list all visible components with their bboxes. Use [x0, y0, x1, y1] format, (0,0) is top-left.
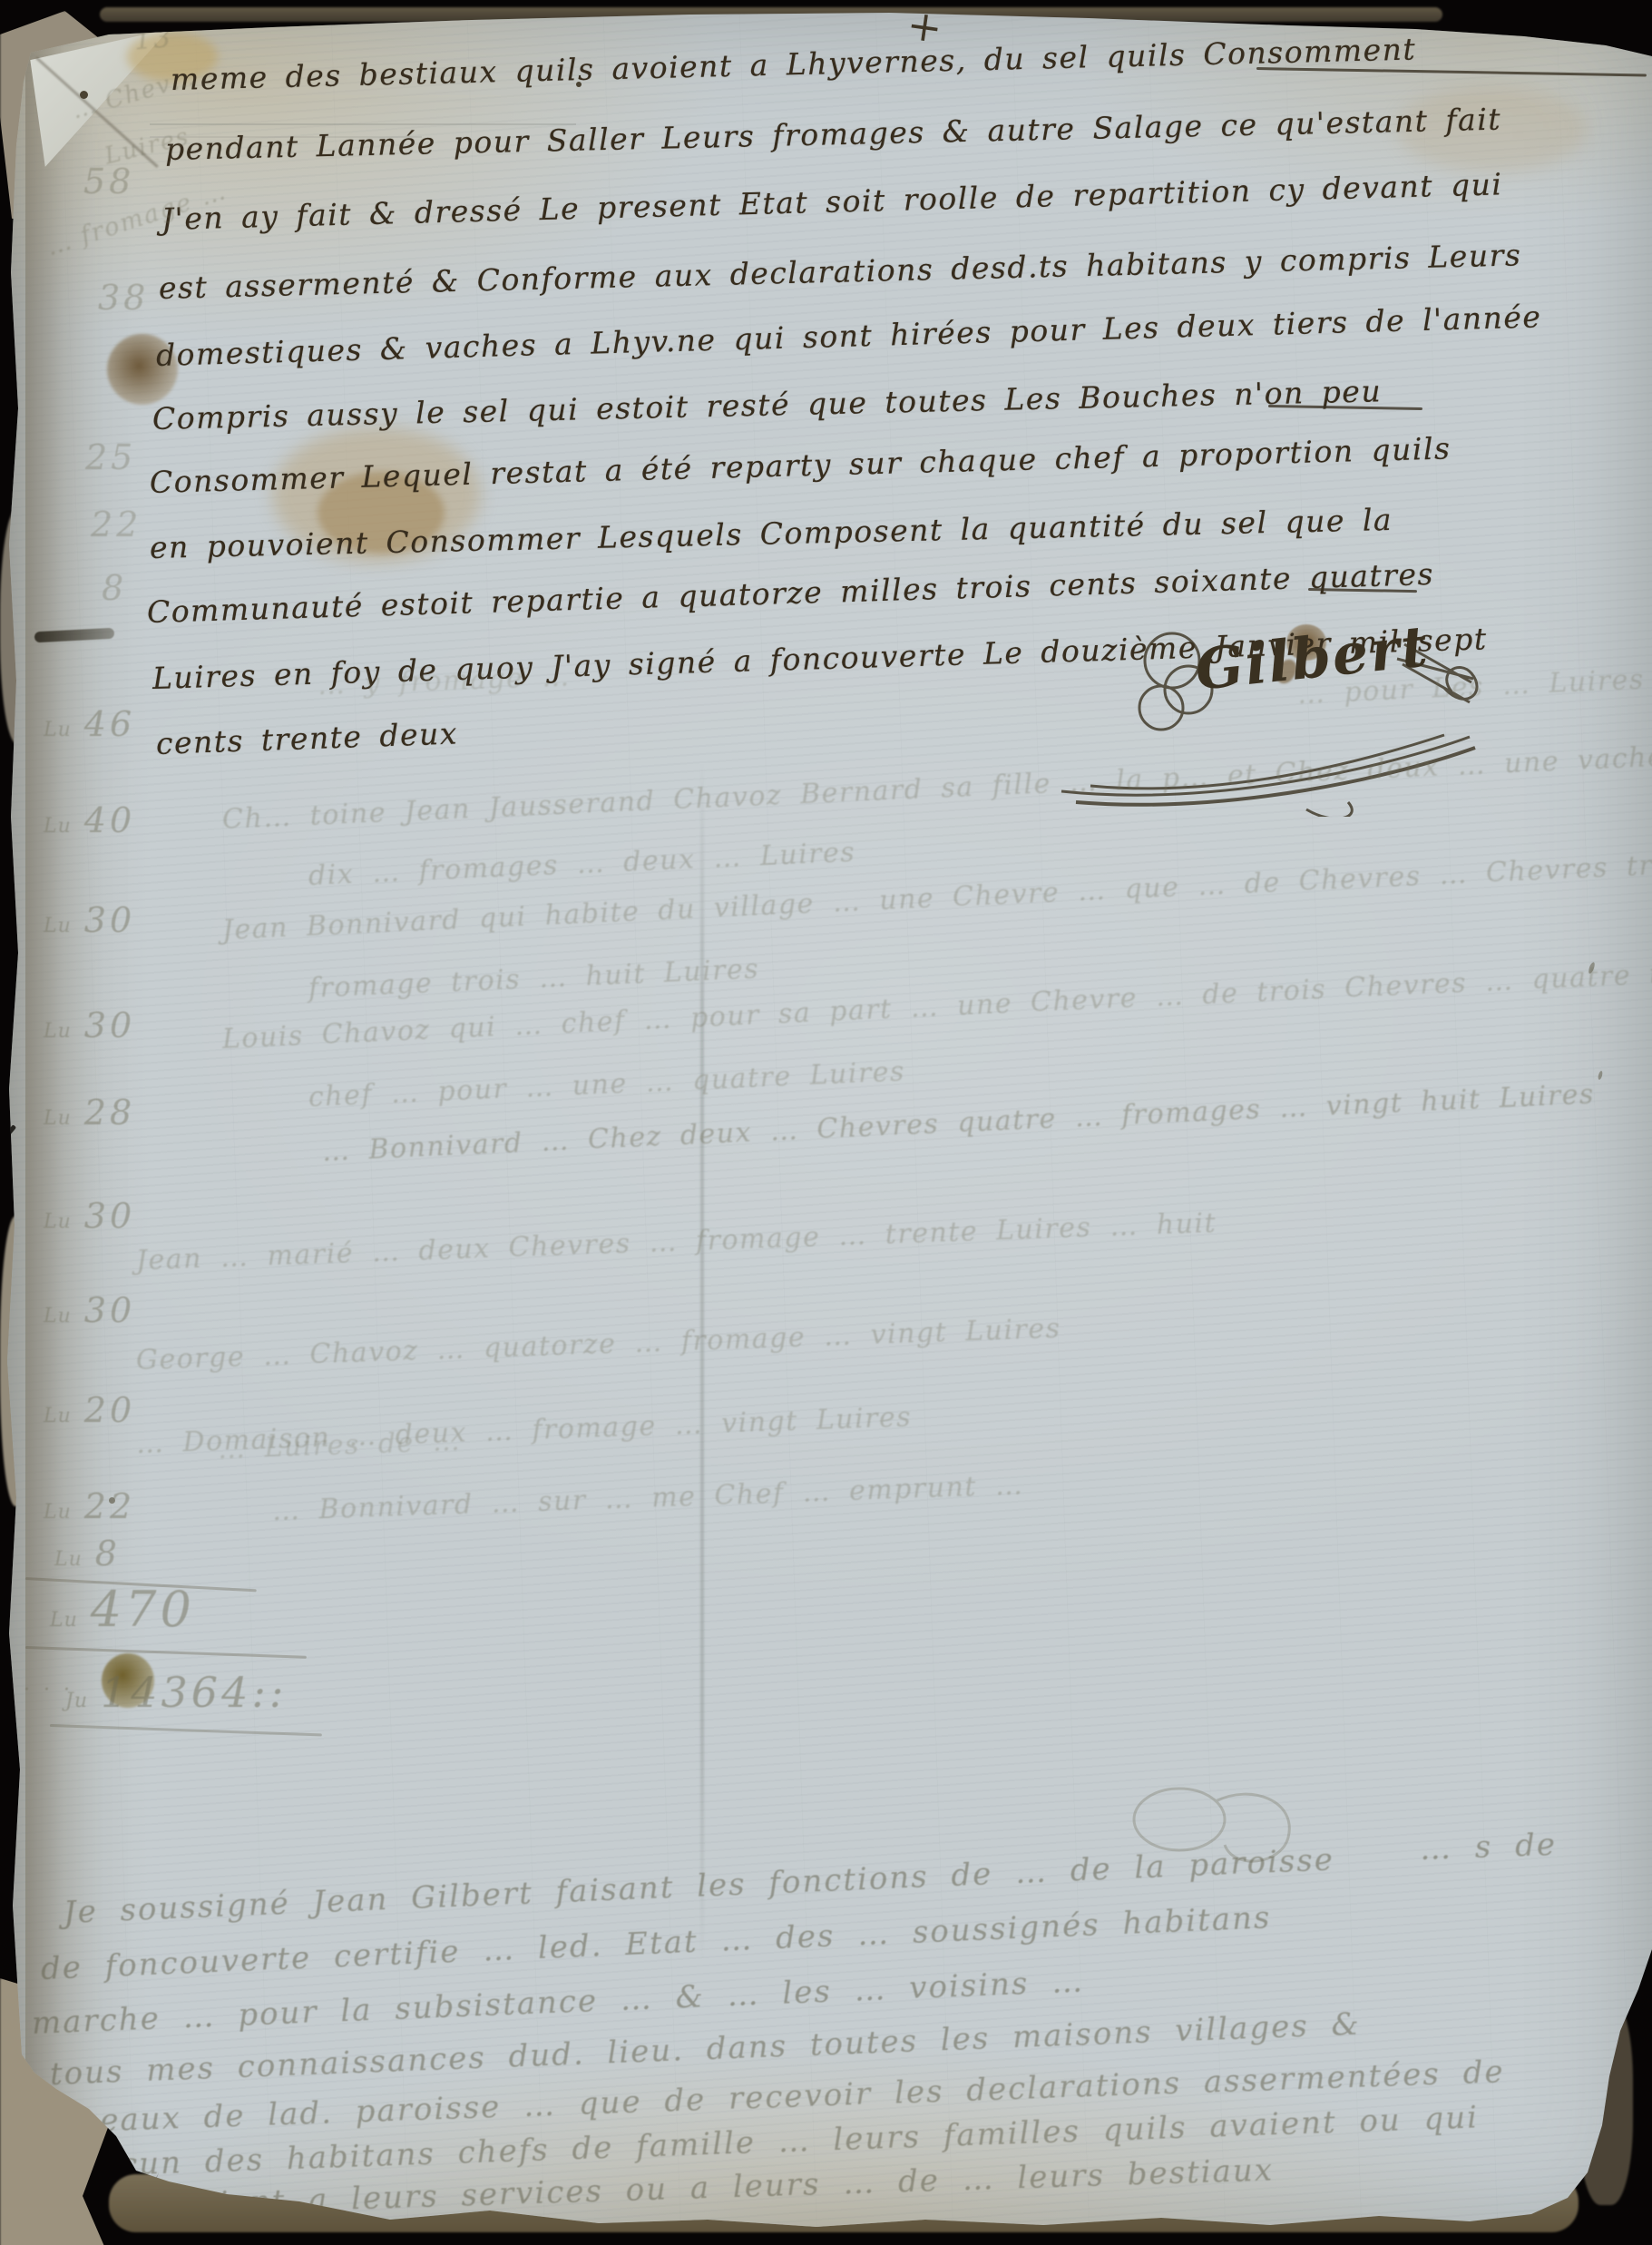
ghost-amount-5: Lu28 — [44, 1093, 135, 1132]
amount-prefix: Lu — [44, 719, 72, 741]
amount-prefix: Lu — [44, 1211, 72, 1233]
total-value: 470 — [91, 1581, 195, 1638]
amount-value: 40 — [84, 800, 135, 840]
ghost-amount-4: Lu30 — [44, 1005, 135, 1045]
amount-value: 30 — [84, 1196, 135, 1236]
amount-prefix: Lu — [44, 915, 72, 937]
photo-background: + meme des bestiaux quils avoient a Lhyv… — [0, 0, 1652, 2245]
ghost-amount-2: Lu40 — [44, 800, 135, 840]
amount-value: 28 — [84, 1093, 135, 1132]
ghost-amount-3: Lu30 — [44, 900, 135, 940]
edge-tick-1 — [0, 426, 15, 447]
amount-value: 8 — [95, 1534, 121, 1573]
ghost-amount-7: Lu30 — [44, 1290, 135, 1330]
amount-prefix: Lu — [44, 1405, 72, 1427]
grand-total-prefix: Ju — [65, 1690, 88, 1712]
ghost-amount-6: Lu30 — [44, 1196, 135, 1236]
amount-value: 46 — [84, 704, 135, 744]
ghost-total: Lu470 — [50, 1581, 195, 1638]
ghost-amount-9: Lu22 — [44, 1486, 135, 1526]
ghost-margin-number-2: 38 — [98, 278, 149, 318]
amount-prefix: Lu — [44, 1107, 72, 1130]
edge-tick-2 — [0, 736, 13, 761]
amount-prefix: Lu — [54, 1548, 83, 1571]
ghost-amount-1: Lu46 — [44, 704, 135, 744]
amount-value: 30 — [84, 1005, 135, 1045]
ghost-grand-total: Ju14364:: — [65, 1668, 287, 1717]
crease-vertical-center — [700, 762, 704, 1960]
ghost-margin-number-3: 25 — [85, 437, 136, 477]
ghost-margin-number-5: 8 — [102, 568, 127, 608]
amount-value: 22 — [84, 1486, 135, 1526]
amount-prefix: Lu — [44, 815, 72, 838]
amount-prefix: Lu — [44, 1020, 72, 1043]
ghost-bottom-line-0: … s de — [1419, 1827, 1557, 1868]
amount-value: 20 — [84, 1390, 135, 1430]
grand-total-value: 14364 — [101, 1668, 251, 1717]
ghost-fold-page-number: 13 — [132, 22, 173, 57]
amount-prefix: Lu — [44, 1501, 72, 1524]
ghost-margin-number-4: 22 — [91, 505, 142, 544]
amount-value: 30 — [84, 1290, 135, 1330]
ghost-amount-10: Lu8 — [54, 1534, 121, 1573]
ghost-margin-number-1: 58 — [83, 162, 134, 201]
ghost-amount-8: Lu20 — [44, 1390, 135, 1430]
amount-prefix: Lu — [44, 1305, 72, 1328]
amount-prefix: Lu — [50, 1609, 78, 1632]
amount-value: 30 — [84, 900, 135, 940]
grand-total-suffix: :: — [251, 1668, 287, 1717]
manuscript-page: + meme des bestiaux quils avoient a Lhyv… — [0, 0, 1652, 2245]
